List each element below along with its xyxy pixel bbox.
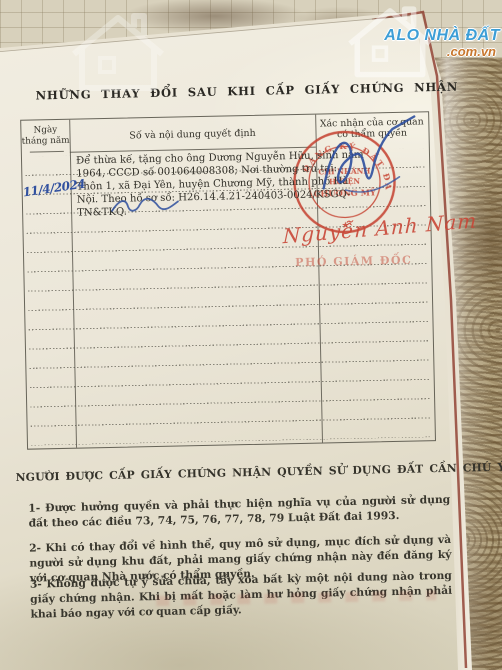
certificate-content: NHỮNG THAY ĐỔI SAU KHI CẤP GIẤY CHỨNG NH… <box>0 0 502 670</box>
blue-pen-signature <box>314 114 426 206</box>
brand-text: ALO NHÀ ĐẤT <box>356 28 500 45</box>
blue-ink-scribble <box>110 195 180 216</box>
page-title: NHỮNG THAY ĐỔI SAU KHI CẤP GIẤY CHỨNG NH… <box>36 81 376 102</box>
column-header-date: Ngày tháng năm <box>21 125 69 148</box>
column-header-content: Số và nội dung quyết định <box>69 127 315 143</box>
signer-title: PHÓ GIÁM ĐỐC <box>295 254 412 269</box>
notice-item-1: 1- Được hưởng quyền và phải thực hiện ng… <box>28 492 451 531</box>
date-header-underline <box>30 151 64 153</box>
domain-text: .com.vn <box>356 45 500 59</box>
watermark-logo: ALO NHÀ ĐẤT .com.vn <box>356 28 500 58</box>
notice-heading: NGƯỜI ĐƯỢC CẤP GIẤY CHỨNG NHẬN QUYỀN SỬ … <box>16 462 452 484</box>
